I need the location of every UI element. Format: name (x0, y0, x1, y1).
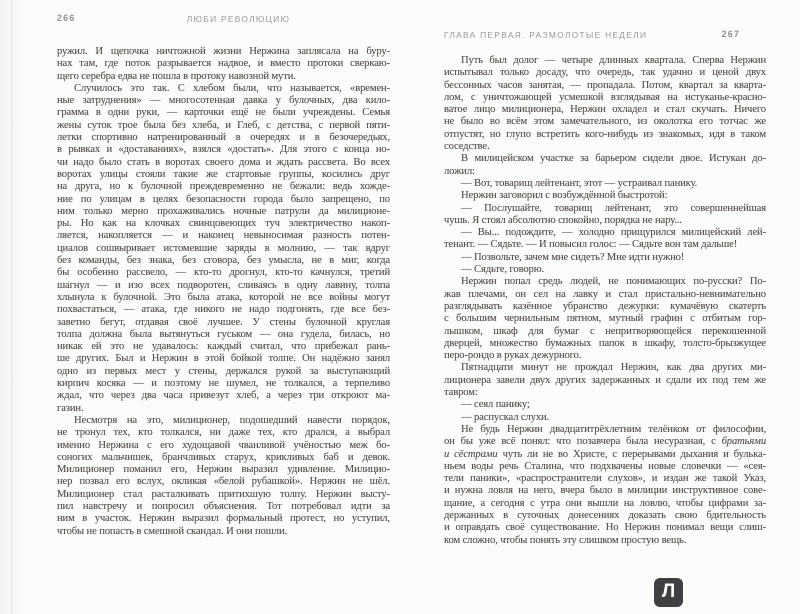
book-spread: 266 ЛЮБИ РЕВОЛЮЦИЮ ружил. И щепочка ничт… (0, 0, 800, 614)
text-line: не тронул тех, кто толкался, ни даже тех… (57, 427, 390, 439)
text-line: без команды, без знака, без сговора, без… (57, 255, 390, 267)
text-line: жав плечами, он сел на лавку и стал прис… (444, 289, 766, 301)
text-line: соседстве. (444, 141, 766, 153)
text-line: — Сядьте, говорю. (444, 264, 766, 276)
text-line: перо-рондо в руках дежурного. (444, 350, 766, 362)
paragraph: — Вот, товарищ лейтенант, этот — устраив… (444, 178, 766, 190)
text-line: тавром: (444, 387, 766, 399)
text-line: грамма в одни руки, — карточки ещё не бы… (57, 107, 390, 119)
paragraph: — распускал слухи. (444, 412, 766, 424)
text-line: одно из первых мест у стены, держался ру… (57, 366, 390, 378)
paragraph: — Сядьте, говорю. (444, 264, 766, 276)
text-line: лом, с уничтожающей усмешкой взглядывая … (444, 92, 766, 104)
text-line: лиционера завели двух других задержанных… (444, 375, 766, 387)
text-line: толпа должна была вытянуться гуськом — о… (57, 329, 390, 341)
page-number-right: 267 (722, 29, 740, 39)
text-line: испытывал только досаду, что очередь, та… (444, 67, 766, 79)
paragraph: Не будь Нержин двадцатитрёхлетним телёнк… (444, 424, 766, 547)
text-line: бессонных часов занятая, — пропадала. По… (444, 80, 766, 92)
logo-letter: Л (662, 582, 675, 601)
text-line: в рывках и «доставаниях», взялся «достат… (57, 144, 390, 156)
text-line: циалов сошвыривает истомевшие заряды в м… (57, 243, 390, 255)
text-line: чи надо было стать в воротах своего дома… (57, 157, 390, 169)
running-title-left: ЛЮБИ РЕВОЛЮЦИЮ (187, 14, 291, 24)
page-number-left: 266 (57, 13, 75, 23)
text-line: ватое лицо милиционера, Нержин охладел и… (444, 104, 766, 116)
paragraph: — Вы... подождите, — холодно прищурился … (444, 227, 766, 252)
text-line: никак ей это не удавалось: каждый считал… (57, 341, 390, 353)
text-line: держанных в суточных донесениях доказать… (444, 510, 766, 522)
text-line: заветно бегут, отдавая своё лучшее. У ст… (57, 317, 390, 329)
text-line: и нужна ловля на него, вчера было в мили… (444, 485, 766, 497)
text-line: Случилось это так. С хлебом были, что на… (57, 83, 390, 95)
paragraph: — сеял панику; (444, 399, 766, 411)
text-line: Не будь Нержин двадцатитрёхлетним телёнк… (444, 424, 766, 436)
page-left: 266 ЛЮБИ РЕВОЛЮЦИЮ ружил. И щепочка ничт… (57, 13, 390, 25)
text-line: щего серебра едва не пошла в протоку нав… (57, 71, 390, 83)
text-line: и оправдать своё существование. Но Нержи… (444, 522, 766, 534)
text-line: нер позвал его вслух, окликая «белой руб… (57, 476, 390, 488)
text-line: газин. (57, 403, 390, 415)
text-line: бы особенно рассвело, — кто-то дрогнул, … (57, 267, 390, 279)
running-title-right: ГЛАВА ПЕРВАЯ. РАЗМОЛОТЫЕ НЕДЕЛИ (444, 30, 647, 40)
text-line: воротах улицы стояли такие же стартовые … (57, 169, 390, 181)
text-line: нах там, где поток разрывается надвое, и… (57, 58, 390, 70)
text-line: Милиционер поманил его, Нержин выразил у… (57, 464, 390, 476)
text-line: ше других. Был и Нержин в этой бойкой то… (57, 353, 390, 365)
text-line: — Вы... подождите, — холодно прищурился … (444, 227, 766, 239)
text-line: Милиционер стал расталкивать притихшую т… (57, 489, 390, 501)
text-line: ним только мерно прохаживались ночные па… (57, 206, 390, 218)
paragraph: Несмотря на это, милиционер, подошедший … (57, 415, 390, 538)
text-line: — Позвольте, зачем мне сидеть? Мне идти … (444, 252, 766, 264)
text-line: шагнул — и изо всех подворотен, сливаясь… (57, 280, 390, 292)
text-line: чтобы не попасть в смешной скандал. И он… (57, 526, 390, 538)
text-line: он бы уже всё понял: что позавчера была … (444, 436, 766, 448)
text-line: и сёстрами чуть ли не во Христе, с перер… (444, 449, 766, 461)
text-line: соногих мальчишек, бранчливых старух, кр… (57, 452, 390, 464)
text-line: Нержин заговорил с возбуждённой быстрото… (444, 190, 766, 202)
running-head-left: 266 ЛЮБИ РЕВОЛЮЦИЮ (57, 13, 390, 25)
text-line: с большим чернильным пятном, мутный граф… (444, 313, 766, 325)
text-line: В милицейском участке за барьером сидели… (444, 153, 766, 165)
text-line: Путь был долог — четыре длинных квартала… (444, 55, 766, 67)
text-line: хлынула к булочной. Это была атака, кото… (57, 292, 390, 304)
text-line: на друга, но к булочной преждевременно н… (57, 181, 390, 193)
text-line: ложил: (444, 166, 766, 178)
page-text-left: ружил. И щепочка ничтожной жизни Нержина… (57, 46, 390, 538)
page-edge-fade (12, 0, 22, 614)
text-line: ные затруднения» — многосотенная давка у… (57, 95, 390, 107)
text-line: ние по улицам в целях безопасности город… (57, 194, 390, 206)
text-line: не было во всём этом замечательного, из … (444, 116, 766, 128)
paragraph: Случилось это так. С хлебом были, что на… (57, 83, 390, 415)
text-line: дверцей, множество бумажных папок в шкаф… (444, 338, 766, 350)
text-line: щание, а сегодня с утра они вышли на лов… (444, 498, 766, 510)
paragraph: Нержин попал средь людей, не понимающих … (444, 276, 766, 362)
paragraph: В милицейском участке за барьером сидели… (444, 153, 766, 178)
paragraph: Нержин заговорил с возбуждённой быстрото… (444, 190, 766, 202)
text-line: тели паники», «распространители слухов»,… (444, 473, 766, 485)
running-head-right: ГЛАВА ПЕРВАЯ. РАЗМОЛОТЫЕ НЕДЕЛИ 267 (444, 29, 766, 41)
text-line: Несмотря на это, милиционер, подошедший … (57, 415, 390, 427)
text-line: жены суток трое была без хлеба, и Глеб, … (57, 120, 390, 132)
paragraph: ружил. И щепочка ничтожной жизни Нержина… (57, 46, 390, 83)
text-line: похвастаться, — атака, где никого не над… (57, 304, 390, 316)
text-line: ждал, что через два часа привезут хлеб, … (57, 390, 390, 402)
text-line: — сеял панику; (444, 399, 766, 411)
text-line: ньем воды речь Сталина, что подхвачены н… (444, 461, 766, 473)
page-right: ГЛАВА ПЕРВАЯ. РАЗМОЛОТЫЕ НЕДЕЛИ 267 Путь… (444, 29, 766, 41)
text-line: ком сложно, чтобы понять эту слишком про… (444, 535, 766, 547)
text-line: кирпич косяка — и поэтому не шумел, не т… (57, 378, 390, 390)
text-line: ружил. И щепочка ничтожной жизни Нержина… (57, 46, 390, 58)
page-edge-shadow (0, 0, 12, 614)
paragraph: Путь был долог — четыре длинных квартала… (444, 55, 766, 153)
text-line: разглядывать казённое убранство дежурки:… (444, 301, 766, 313)
text-line: отпустят, но глупо встретить кого-нибудь… (444, 129, 766, 141)
text-line: летки спортивно натренированный в очеред… (57, 132, 390, 144)
paragraph: — Послушайте, товарищ лейтенант, это сов… (444, 203, 766, 228)
text-line: чушь. Я стоял абсолютно спокойно, порядк… (444, 215, 766, 227)
text-line: ры. Но как на клочках свинцовеющих туч э… (57, 218, 390, 230)
text-line: ним в участок. Нержин выразил формальный… (57, 513, 390, 525)
text-line: Нержин попал средь людей, не понимающих … (444, 276, 766, 288)
text-line: — Вот, товарищ лейтенант, этот — устраив… (444, 178, 766, 190)
text-line: Пятнадцати минут не прождал Нержин, как … (444, 362, 766, 374)
text-line: тенант. — Сядьте. — И повысил голос: — С… (444, 239, 766, 251)
page-text-right: Путь был долог — четыре длинных квартала… (444, 55, 766, 547)
text-line: пил навстречу и попросил объяснения. Тот… (57, 501, 390, 513)
paragraph: Пятнадцати минут не прождал Нержин, как … (444, 362, 766, 399)
text-line: лышком, шкаф для бумаг с непритворяющейс… (444, 326, 766, 338)
text-line: именно Нержина с его худощавой чванливой… (57, 440, 390, 452)
text-line: — Послушайте, товарищ лейтенант, это сов… (444, 203, 766, 215)
text-line: ляется, накопляется — и наконец невыноси… (57, 230, 390, 242)
paragraph: — Позвольте, зачем мне сидеть? Мне идти … (444, 252, 766, 264)
labirint-logo: Л (654, 578, 683, 607)
text-line: — распускал слухи. (444, 412, 766, 424)
